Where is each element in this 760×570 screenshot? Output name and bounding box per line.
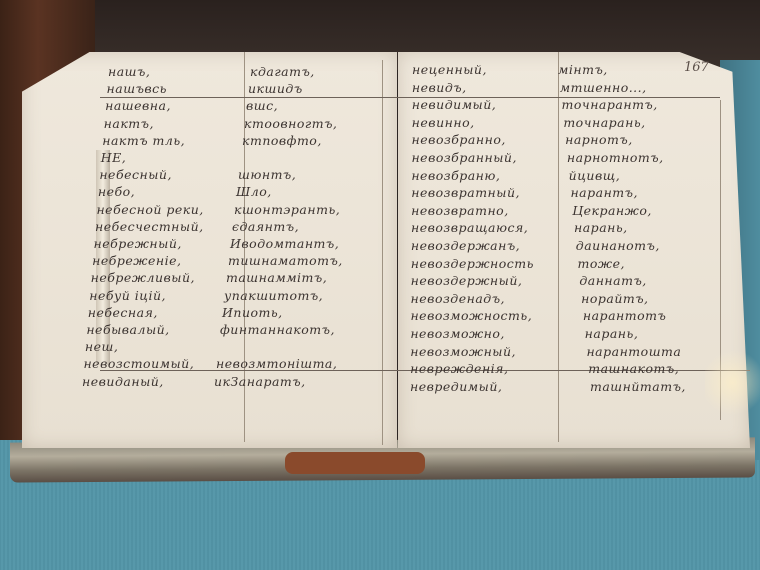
page-number: 167 bbox=[684, 60, 709, 75]
handwritten-entry: неврежденія, bbox=[410, 361, 508, 376]
handwritten-entry: нарантъ, bbox=[570, 185, 638, 200]
handwritten-entry: неценный, bbox=[412, 62, 487, 77]
handwritten-entry: ташнйтатъ, bbox=[590, 379, 686, 394]
handwritten-entry: небрежный, bbox=[94, 236, 182, 251]
handwritten-entry: невоздержность bbox=[411, 256, 534, 271]
handwritten-entry: НЕ, bbox=[101, 150, 127, 165]
handwritten-entry: кшонтэранть, bbox=[234, 202, 340, 217]
handwritten-entry: йцивщ, bbox=[569, 168, 621, 183]
handwritten-entry: нарань, bbox=[574, 220, 628, 235]
handwritten-entry: нашъвсь bbox=[107, 81, 167, 96]
handwritten-entry: икшидъ bbox=[248, 81, 303, 96]
handwritten-entry: нарнотъ, bbox=[565, 132, 633, 147]
handwritten-entry: нактъ, bbox=[104, 116, 154, 131]
handwritten-entry: небреженіе, bbox=[92, 253, 181, 268]
handwritten-entry: даннатъ, bbox=[579, 273, 646, 288]
handwritten-entry: нарнотнотъ, bbox=[567, 150, 664, 165]
handwritten-entry: Шло, bbox=[236, 184, 272, 199]
handwritten-entry: шюнтъ, bbox=[238, 167, 296, 182]
handwritten-entry: Цекранжо, bbox=[572, 203, 652, 218]
handwritten-entry: невиданый, bbox=[82, 374, 164, 389]
right-column-rule bbox=[558, 52, 559, 442]
handwritten-entry: даинанотъ, bbox=[576, 238, 660, 253]
handwritten-entry: точнарантъ, bbox=[562, 97, 658, 112]
handwritten-entry: Иводомтантъ, bbox=[230, 236, 339, 251]
left-margin-rule bbox=[382, 60, 383, 445]
handwritten-entry: тоже, bbox=[578, 256, 625, 271]
handwritten-entry: нашъ, bbox=[108, 64, 150, 79]
handwritten-entry: кдагатъ, bbox=[250, 64, 315, 79]
handwritten-entry: невозбраню, bbox=[411, 168, 500, 183]
handwritten-entry: невозвратно, bbox=[411, 203, 509, 218]
light-glare bbox=[705, 345, 760, 420]
handwritten-entry: Ипиоть, bbox=[222, 305, 283, 320]
handwritten-entry: небывалый, bbox=[86, 322, 169, 337]
handwritten-entry: нашевна, bbox=[105, 98, 171, 113]
handwritten-entry: небесчестный, bbox=[95, 219, 204, 234]
handwritten-entry: небесный, bbox=[99, 167, 172, 182]
handwritten-entry: ктоовногтъ, bbox=[244, 116, 337, 131]
handwritten-entry: невидъ, bbox=[412, 80, 467, 95]
handwritten-entry: невозстоимый, bbox=[83, 356, 194, 371]
handwritten-entry: невидимый, bbox=[412, 97, 497, 112]
handwritten-entry: невозмтонішта, bbox=[216, 356, 337, 371]
handwritten-entry: небуй іцій, bbox=[89, 288, 166, 303]
handwritten-entry: финтаннакотъ, bbox=[220, 322, 335, 337]
handwritten-entry: небесная, bbox=[88, 305, 158, 320]
handwritten-entry: небрежливый, bbox=[91, 270, 195, 285]
handwritten-entry: єдаянтъ, bbox=[232, 219, 299, 234]
handwritten-entry: точнарань, bbox=[563, 115, 645, 130]
handwritten-entry: норайтъ, bbox=[581, 291, 648, 306]
handwritten-entry: нарань, bbox=[585, 326, 639, 341]
handwritten-entry: мінтъ, bbox=[558, 62, 608, 77]
handwritten-entry: нактъ тль, bbox=[102, 133, 185, 148]
handwritten-entry: небесной реки, bbox=[96, 202, 203, 217]
handwritten-entry: вшс, bbox=[246, 98, 278, 113]
handwritten-entry: невредимый, bbox=[410, 379, 502, 394]
handwritten-entry: невозможно, bbox=[410, 326, 505, 341]
handwritten-entry: упакшитотъ, bbox=[224, 288, 323, 303]
handwritten-entry: невозбранный, bbox=[411, 150, 517, 165]
handwritten-entry: нарантотъ bbox=[583, 308, 666, 323]
handwritten-entry: икЗанаратъ, bbox=[214, 374, 306, 389]
handwritten-entry: нарантошта bbox=[586, 344, 681, 359]
handwritten-entry: невоздержный, bbox=[411, 273, 523, 288]
handwritten-entry: неш, bbox=[85, 339, 118, 354]
handwritten-entry: невозденадъ, bbox=[411, 291, 505, 306]
handwritten-entry: невозбранно, bbox=[412, 132, 506, 147]
handwritten-entry: ташнакотъ, bbox=[588, 361, 679, 376]
handwritten-entry: невозможный, bbox=[410, 344, 516, 359]
handwritten-entry: ташнаммітъ, bbox=[226, 270, 327, 285]
handwritten-entry: ктповфто, bbox=[242, 133, 322, 148]
handwritten-entry: небо, bbox=[98, 184, 135, 199]
handwritten-entry: невоздержанъ, bbox=[411, 238, 520, 253]
handwritten-entry: невинно, bbox=[412, 115, 475, 130]
handwritten-entry: невозможность, bbox=[410, 308, 532, 323]
left-page bbox=[22, 52, 397, 448]
handwritten-entry: невозвращаюся, bbox=[411, 220, 528, 235]
handwritten-entry: невозвратный, bbox=[411, 185, 520, 200]
handwritten-entry: тишнаматотъ, bbox=[228, 253, 343, 268]
handwritten-entry: мтшенно..., bbox=[560, 80, 647, 95]
book-spine-damage bbox=[285, 452, 425, 474]
